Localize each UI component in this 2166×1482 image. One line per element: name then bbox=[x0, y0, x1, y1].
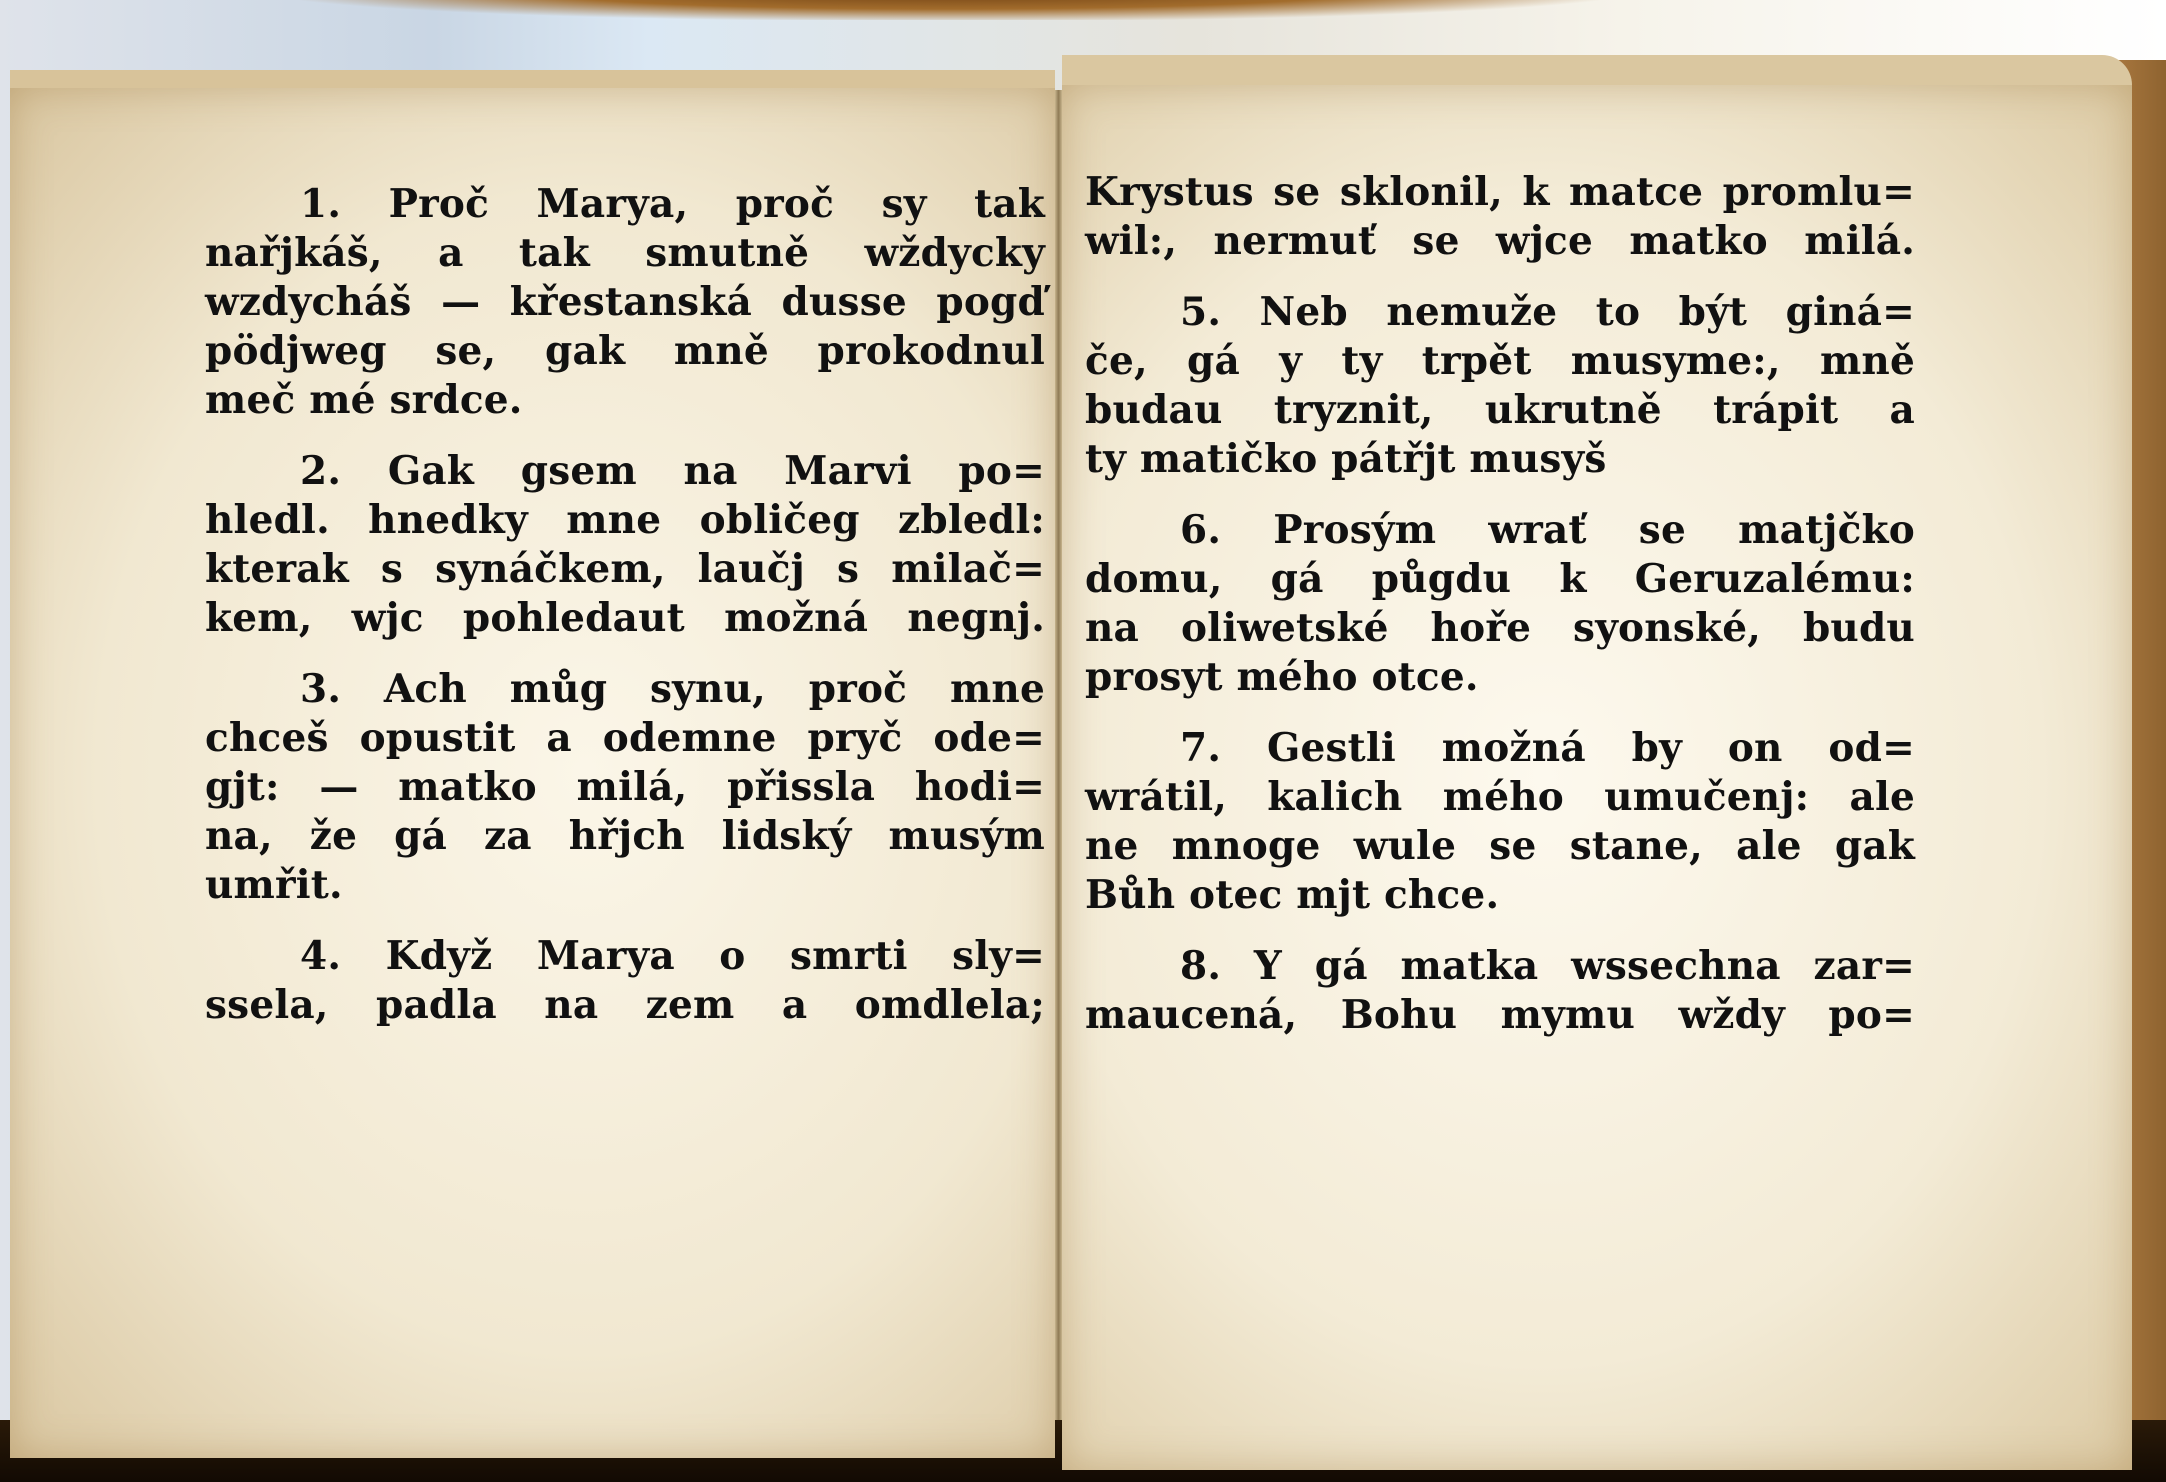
text-line: 1. Proč Marya, proč sy tak bbox=[205, 180, 1045, 229]
text-line: hledl. hnedky mne obličeg zbledl: bbox=[205, 496, 1045, 545]
text-line: gjt: — matko milá, přissla hodi= bbox=[205, 763, 1045, 812]
text-line: 5. Neb nemuže to být giná= bbox=[1085, 288, 1915, 337]
text-line: prosyt mého otce. bbox=[1085, 653, 1915, 702]
text-line: 2. Gak gsem na Marvi po= bbox=[205, 447, 1045, 496]
text-line: na oliwetské hoře syonské, budu bbox=[1085, 604, 1915, 653]
verse-7: 7. Gestli možná by on od= wrátil, kalich… bbox=[1085, 724, 1915, 920]
text-line: Krystus se sklonil, k matce promlu= bbox=[1085, 168, 1915, 217]
verse-6: 6. Prosým wrať se matjčko domu, gá půgdu… bbox=[1085, 506, 1915, 702]
verse-3: 3. Ach můg synu, proč mne chceš opustit … bbox=[205, 665, 1045, 910]
text-line: chceš opustit a odemne pryč ode= bbox=[205, 714, 1045, 763]
verse-5: 5. Neb nemuže to být giná= če, gá y ty t… bbox=[1085, 288, 1915, 484]
text-line: budau tryznit, ukrutně trápit a bbox=[1085, 386, 1915, 435]
text-line: umřit. bbox=[205, 861, 1045, 910]
text-line: kem, wjc pohledaut možná negnj. bbox=[205, 594, 1045, 643]
text-line: 7. Gestli možná by on od= bbox=[1085, 724, 1915, 773]
right-page-text: Krystus se sklonil, k matce promlu= wil:… bbox=[1085, 168, 1915, 1062]
text-line: ne mnoge wule se stane, ale gak bbox=[1085, 822, 1915, 871]
text-line: ty matičko pátřjt musyš bbox=[1085, 435, 1915, 484]
text-line: 6. Prosým wrať se matjčko bbox=[1085, 506, 1915, 555]
verse-4-continued: Krystus se sklonil, k matce promlu= wil:… bbox=[1085, 168, 1915, 266]
text-line: pödjweg se, gak mně prokodnul bbox=[205, 327, 1045, 376]
text-line: maucená, Bohu mymu wždy po= bbox=[1085, 991, 1915, 1040]
text-line: ssela, padla na zem a omdlela; bbox=[205, 981, 1045, 1030]
text-line: 3. Ach můg synu, proč mne bbox=[205, 665, 1045, 714]
left-page-text: 1. Proč Marya, proč sy tak nařjkáš, a ta… bbox=[205, 180, 1045, 1052]
verse-4: 4. Když Marya o smrti sly= ssela, padla … bbox=[205, 932, 1045, 1030]
text-line: nařjkáš, a tak smutně wždycky bbox=[205, 229, 1045, 278]
text-line: Bůh otec mjt chce. bbox=[1085, 871, 1915, 920]
text-line: wrátil, kalich mého umučenj: ale bbox=[1085, 773, 1915, 822]
verse-8: 8. Y gá matka wssechna zar= maucená, Boh… bbox=[1085, 942, 1915, 1040]
text-line: meč mé srdce. bbox=[205, 376, 1045, 425]
text-line: kterak s synáčkem, laučj s milač= bbox=[205, 545, 1045, 594]
text-line: na, že gá za hřjch lidský musým bbox=[205, 812, 1045, 861]
text-line: če, gá y ty trpět musyme:, mně bbox=[1085, 337, 1915, 386]
text-line: domu, gá půgdu k Geruzalému: bbox=[1085, 555, 1915, 604]
scan-light-glare bbox=[300, 0, 1600, 20]
text-line: 8. Y gá matka wssechna zar= bbox=[1085, 942, 1915, 991]
verse-1: 1. Proč Marya, proč sy tak nařjkáš, a ta… bbox=[205, 180, 1045, 425]
book-gutter bbox=[1055, 90, 1062, 1420]
text-line: 4. Když Marya o smrti sly= bbox=[205, 932, 1045, 981]
verse-2: 2. Gak gsem na Marvi po= hledl. hnedky m… bbox=[205, 447, 1045, 643]
text-line: wzdycháš — křestanská dusse pogď bbox=[205, 278, 1045, 327]
text-line: wil:, nermuť se wjce matko milá. bbox=[1085, 217, 1915, 266]
